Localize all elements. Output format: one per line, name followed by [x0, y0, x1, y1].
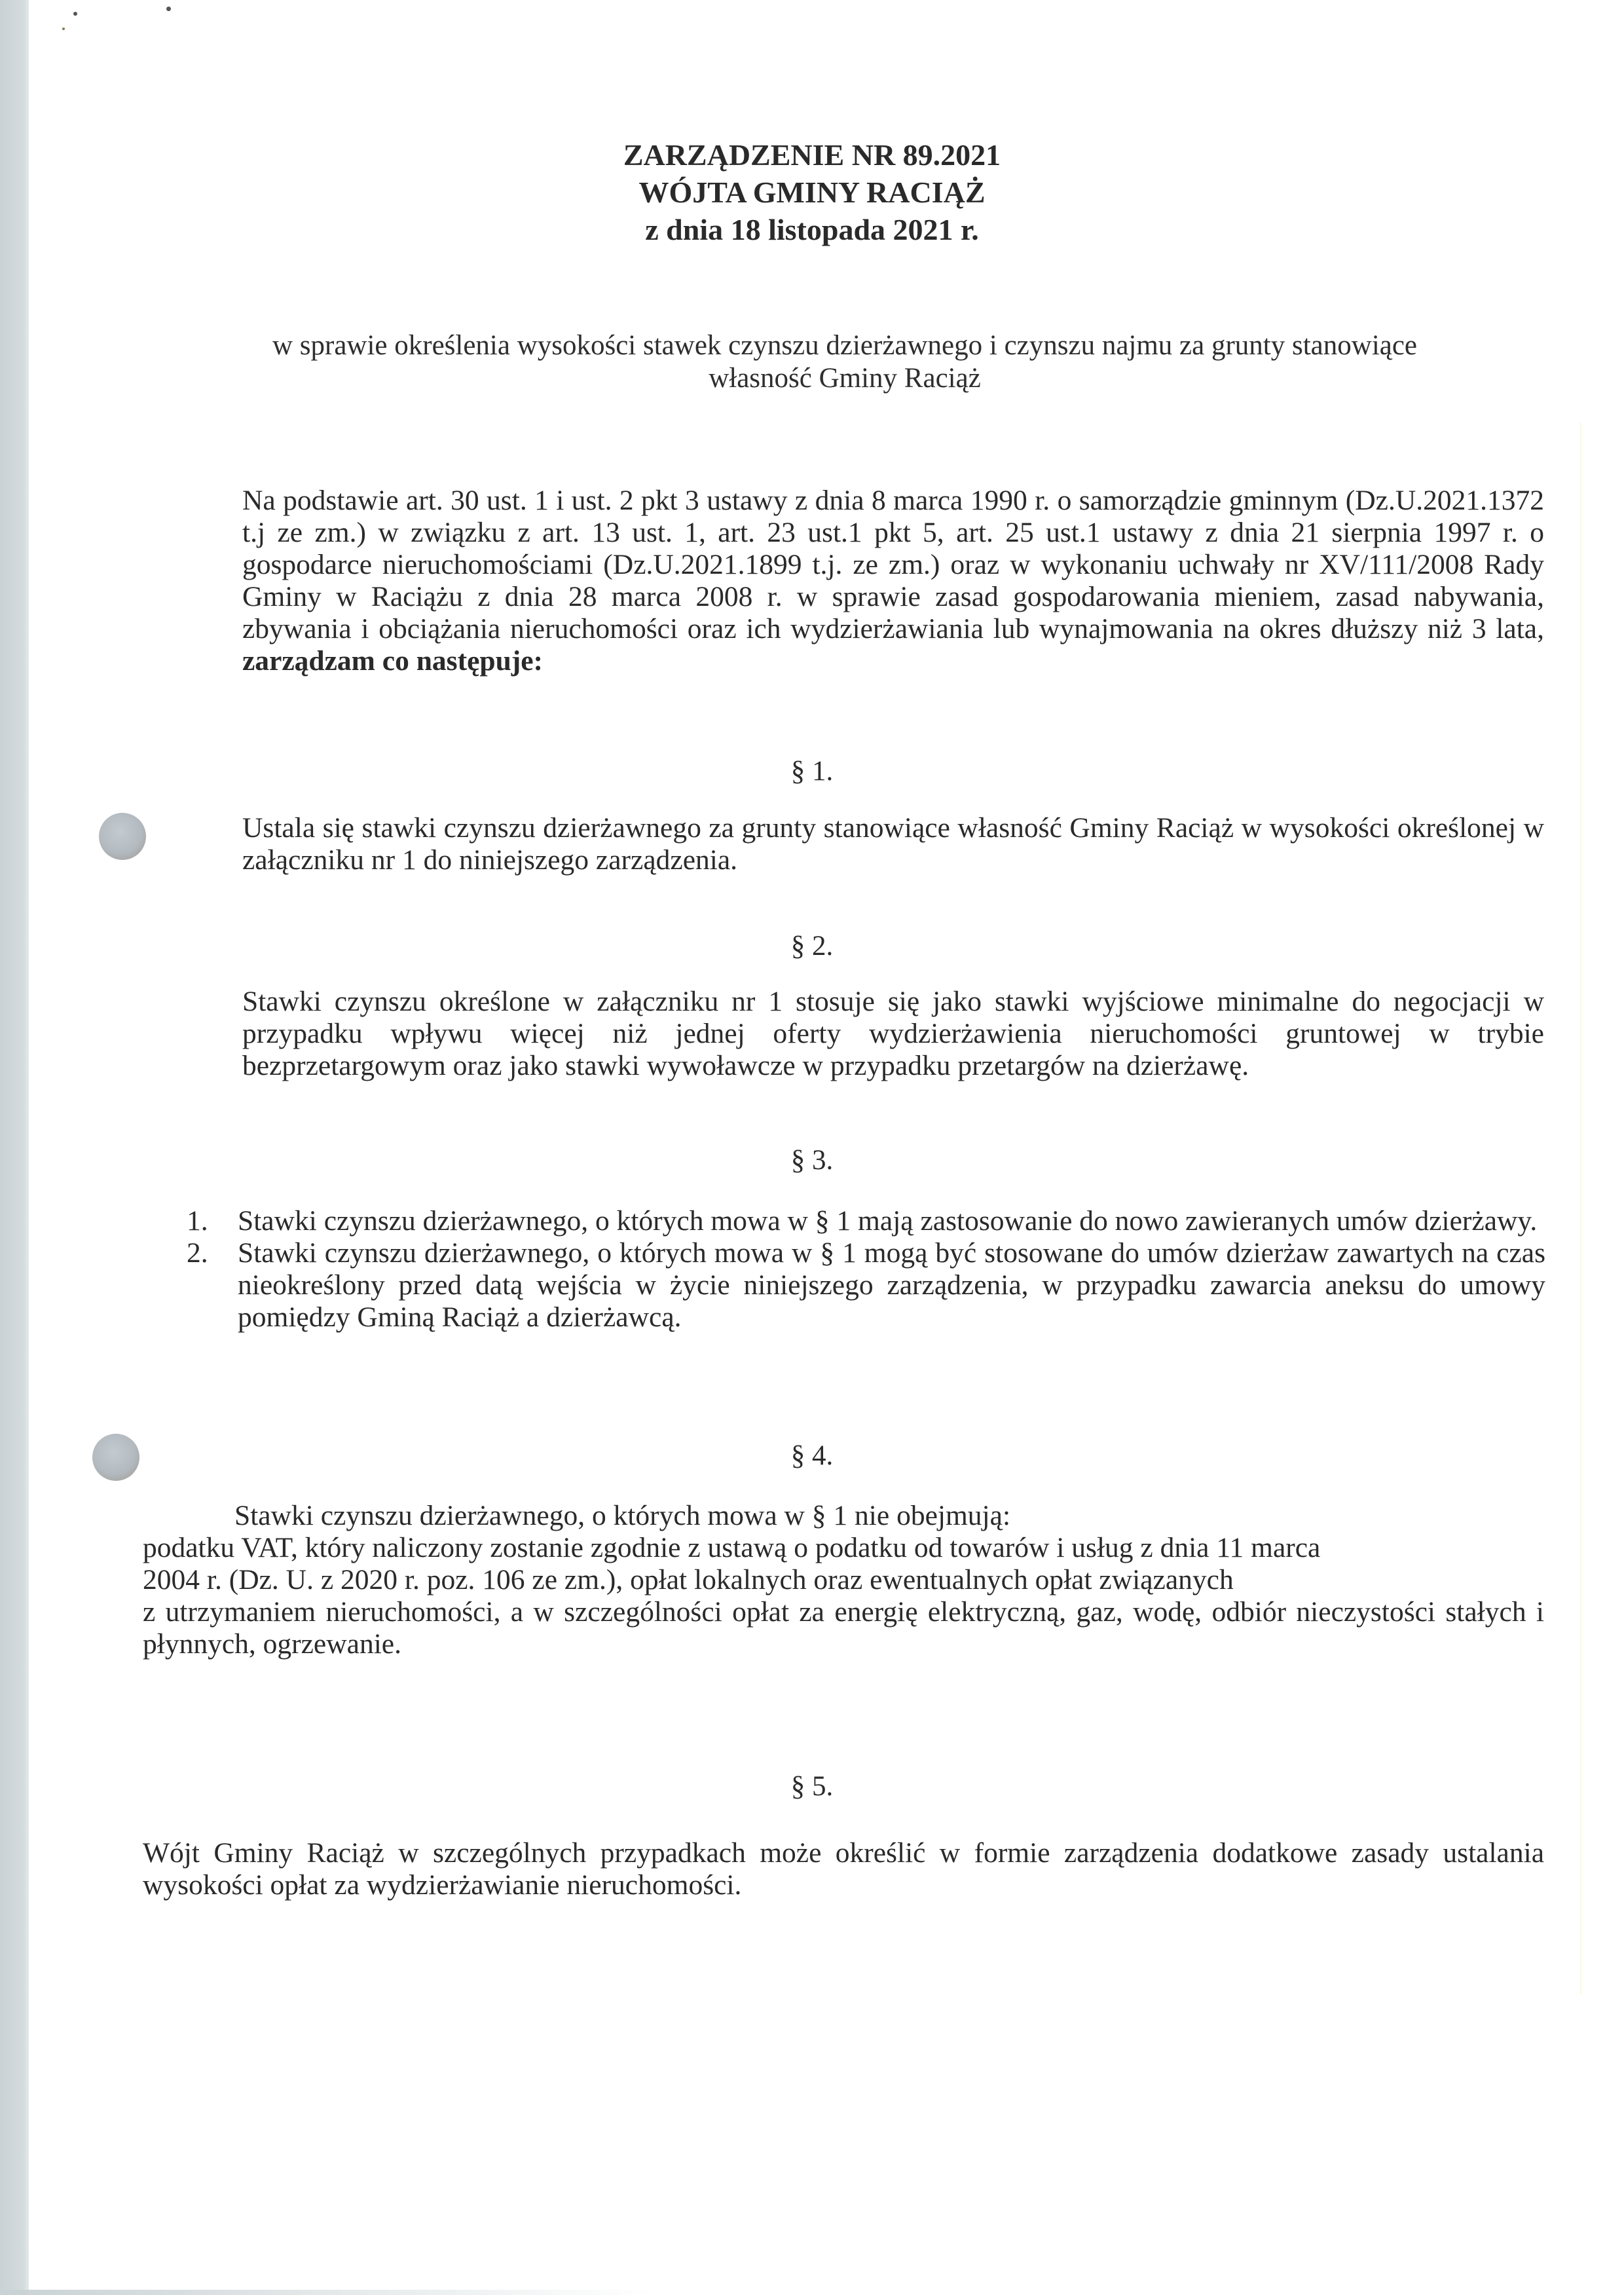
section-3-list: 1. Stawki czynszu dzierżawnego, o któryc… [187, 1205, 1545, 1334]
section-4-rest: z utrzymaniem nieruchomości, a w szczegó… [143, 1596, 1544, 1660]
title-line-issuer: WÓJTA GMINY RACIĄŻ [0, 174, 1624, 211]
document-page: ZARZĄDZENIE NR 89.2021 WÓJTA GMINY RACIĄ… [0, 0, 1624, 2295]
section-mark-4: § 4. [0, 1440, 1624, 1472]
section-mark-2: § 2. [0, 930, 1624, 963]
section-5-paragraph: Wójt Gminy Raciąż w szczególnych przypad… [143, 1837, 1544, 1901]
section-mark-3: § 3. [0, 1144, 1624, 1177]
preamble-paragraph: Na podstawie art. 30 ust. 1 i ust. 2 pkt… [143, 485, 1544, 677]
title-line-date: z dnia 18 listopada 2021 r. [0, 211, 1624, 248]
subject-line-2: własność Gminy Raciąż [144, 362, 1545, 395]
section-5-text: Wójt Gminy Raciąż w szczególnych przypad… [143, 1837, 1544, 1901]
document-title: ZARZĄDZENIE NR 89.2021 WÓJTA GMINY RACIĄ… [0, 136, 1624, 248]
list-item-text: Stawki czynszu dzierżawnego, o których m… [238, 1205, 1545, 1237]
preamble-decree-phrase: zarządzam co następuje: [242, 645, 543, 677]
section-mark-5: § 5. [0, 1770, 1624, 1803]
document-subject: w sprawie określenia wysokości stawek cz… [144, 329, 1545, 395]
section-2-paragraph: Stawki czynszu określone w załączniku nr… [143, 986, 1544, 1082]
section-mark-1: § 1. [0, 755, 1624, 788]
section-4-paragraph: Stawki czynszu dzierżawnego, o których m… [143, 1500, 1544, 1660]
title-line-number: ZARZĄDZENIE NR 89.2021 [0, 136, 1624, 174]
section-1-text: Ustala się stawki czynszu dzierżawnego z… [143, 812, 1544, 876]
section-4-line-a: podatku VAT, który naliczony zostanie zg… [143, 1532, 1544, 1564]
list-item-text: Stawki czynszu dzierżawnego, o których m… [238, 1237, 1545, 1334]
section-4-intro: Stawki czynszu dzierżawnego, o których m… [143, 1500, 1544, 1532]
section-1-paragraph: Ustala się stawki czynszu dzierżawnego z… [143, 812, 1544, 876]
section-2-text: Stawki czynszu określone w załączniku nr… [143, 986, 1544, 1082]
list-item-number: 1. [187, 1205, 238, 1237]
subject-line-1: w sprawie określenia wysokości stawek cz… [144, 329, 1545, 362]
list-item: 2. Stawki czynszu dzierżawnego, o któryc… [187, 1237, 1545, 1334]
list-item: 1. Stawki czynszu dzierżawnego, o któryc… [187, 1205, 1545, 1237]
list-item-number: 2. [187, 1237, 238, 1269]
section-4-line-b: 2004 r. (Dz. U. z 2020 r. poz. 106 ze zm… [143, 1564, 1544, 1596]
preamble-text: Na podstawie art. 30 ust. 1 i ust. 2 pkt… [242, 485, 1544, 644]
